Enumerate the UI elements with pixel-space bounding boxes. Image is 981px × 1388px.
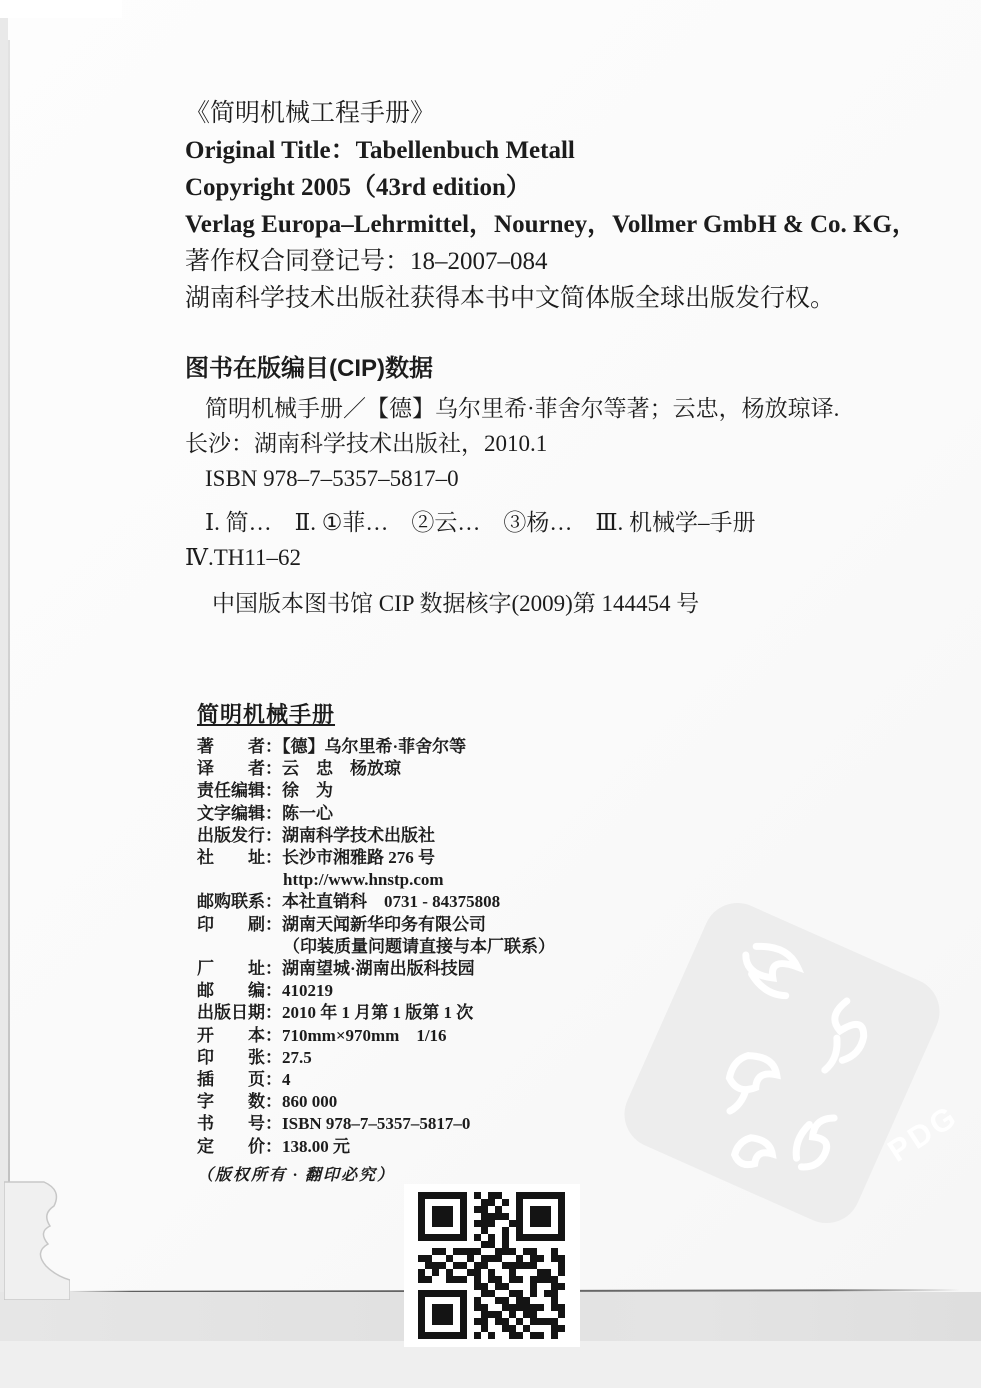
scanned-copyright-page: PDG 《简明机械工程手册》Original Title：Tabellenbuc… [0, 0, 981, 1388]
cip-line: 长沙：湖南科学技术出版社，2010.1 [185, 426, 839, 461]
colophon-label: 邮 编： [197, 981, 282, 1000]
colophon-label: 责任编辑： [197, 781, 282, 800]
colophon-value: 710mm×970mm 1/16 [282, 1026, 447, 1045]
cip-data-block: 简明机械手册／【德】乌尔里希·菲舍尔等著；云忠，杨放琼译.长沙：湖南科学技术出版… [185, 391, 839, 575]
colophon-block: 简明机械手册 著 者：【德】乌尔里希·菲舍尔等译 者：云 忠 杨放琼责任编辑：徐… [197, 698, 555, 1185]
colophon-value: 长沙市湘雅路 276 号 [282, 848, 435, 867]
colophon-subline: （印装质量问题请直接与本厂联系） [197, 936, 555, 958]
colophon-row: 定 价：138.00 元 [197, 1136, 555, 1158]
colophon-value: 徐 为 [282, 781, 333, 800]
colophon-value: 27.5 [282, 1048, 312, 1067]
colophon-row: 书 号：ISBN 978–7–5357–5817–0 [197, 1113, 555, 1135]
copyright-block: 《简明机械工程手册》Original Title：Tabellenbuch Me… [185, 95, 917, 317]
colophon-label: 插 页： [197, 1070, 282, 1089]
torn-paper-notch [4, 1180, 70, 1300]
copyright-line: Copyright 2005（43rd edition） [185, 169, 917, 206]
colophon-row: 插 页：4 [197, 1069, 555, 1091]
colophon-value: 陈一心 [282, 804, 333, 823]
copyright-notice: （版权所有 · 翻印必究） [197, 1162, 555, 1185]
colophon-value: 2010 年 1 月第 1 版第 1 次 [282, 1003, 473, 1022]
colophon-label: 定 价： [197, 1137, 282, 1156]
colophon-row: 字 数：860 000 [197, 1091, 555, 1113]
colophon-value: 4 [282, 1070, 291, 1089]
colophon-value: 【德】乌尔里希·菲舍尔等 [282, 737, 466, 756]
colophon-subline: http://www.hnstp.com [197, 869, 555, 891]
colophon-row: 文字编辑：陈一心 [197, 803, 555, 825]
qr-grid [418, 1192, 565, 1339]
colophon-row: 印 张：27.5 [197, 1047, 555, 1069]
copyright-line: 《简明机械工程手册》 [185, 95, 917, 132]
colophon-label: 印 刷： [197, 915, 282, 934]
colophon-label: 厂 址： [197, 959, 282, 978]
colophon-row: 译 者：云 忠 杨放琼 [197, 758, 555, 780]
scan-edge-highlight [0, 0, 122, 18]
colophon-label: 开 本： [197, 1026, 282, 1045]
cip-line: Ⅰ. 简… Ⅱ. ①菲… ②云… ③杨… Ⅲ. 机械学–手册 [185, 505, 839, 540]
colophon-row: 邮购联系：本社直销科 0731 - 84375808 [197, 891, 555, 913]
scanner-background-lower [0, 1341, 981, 1388]
page-left-edge [8, 40, 10, 1292]
colophon-rows: 著 者：【德】乌尔里希·菲舍尔等译 者：云 忠 杨放琼责任编辑：徐 为文字编辑：… [197, 736, 555, 1158]
copyright-line: Original Title：Tabellenbuch Metall [185, 132, 917, 169]
colophon-label: 书 号： [197, 1114, 282, 1133]
colophon-value: 湖南望城·湖南出版科技园 [282, 959, 475, 978]
colophon-label: 社 址： [197, 848, 282, 867]
colophon-row: 社 址：长沙市湘雅路 276 号 [197, 847, 555, 869]
colophon-value: 云 忠 杨放琼 [282, 759, 401, 778]
colophon-label: 出版发行： [197, 826, 282, 845]
colophon-row: 出版发行：湖南科学技术出版社 [197, 825, 555, 847]
colophon-value: 410219 [282, 981, 333, 1000]
colophon-label: 文字编辑： [197, 804, 282, 823]
colophon-value: 湖南科学技术出版社 [282, 826, 435, 845]
colophon-row: 邮 编：410219 [197, 980, 555, 1002]
colophon-row: 著 者：【德】乌尔里希·菲舍尔等 [197, 736, 555, 758]
colophon-row: 出版日期：2010 年 1 月第 1 版第 1 次 [197, 1002, 555, 1024]
cip-line: 简明机械手册／【德】乌尔里希·菲舍尔等著；云忠，杨放琼译. [185, 391, 839, 426]
copyright-line: 著作权合同登记号：18–2007–084 [185, 243, 917, 280]
colophon-row: 印 刷：湖南天闻新华印务有限公司 [197, 914, 555, 936]
copyright-line: Verlag Europa–Lehrmittel，Nourney，Vollmer… [185, 206, 917, 243]
colophon-label: 印 张： [197, 1048, 282, 1067]
colophon-label: 字 数： [197, 1092, 282, 1111]
colophon-title: 简明机械手册 [197, 698, 555, 729]
colophon-label: 邮购联系： [197, 892, 282, 911]
cip-record-number: 中国版本图书馆 CIP 数据核字(2009)第 144454 号 [212, 585, 699, 618]
colophon-value: 湖南天闻新华印务有限公司 [282, 915, 486, 934]
colophon-label: 出版日期： [197, 1003, 282, 1022]
colophon-value: 138.00 元 [282, 1137, 350, 1156]
cip-heading: 图书在版编目(CIP)数据 [185, 348, 433, 383]
cip-line: Ⅳ.TH11–62 [185, 540, 839, 575]
colophon-label: 著 者： [197, 737, 282, 756]
cip-line: ISBN 978–7–5357–5817–0 [185, 461, 839, 496]
colophon-row: 开 本：710mm×970mm 1/16 [197, 1025, 555, 1047]
colophon-row: 厂 址：湖南望城·湖南出版科技园 [197, 958, 555, 980]
copyright-line: 湖南科学技术出版社获得本书中文简体版全球出版发行权。 [185, 280, 917, 317]
colophon-value: 本社直销科 0731 - 84375808 [282, 892, 500, 911]
colophon-label: 译 者： [197, 759, 282, 778]
colophon-value: 860 000 [282, 1092, 337, 1111]
colophon-value: ISBN 978–7–5357–5817–0 [282, 1114, 470, 1133]
colophon-row: 责任编辑：徐 为 [197, 780, 555, 802]
qr-code [404, 1184, 580, 1347]
